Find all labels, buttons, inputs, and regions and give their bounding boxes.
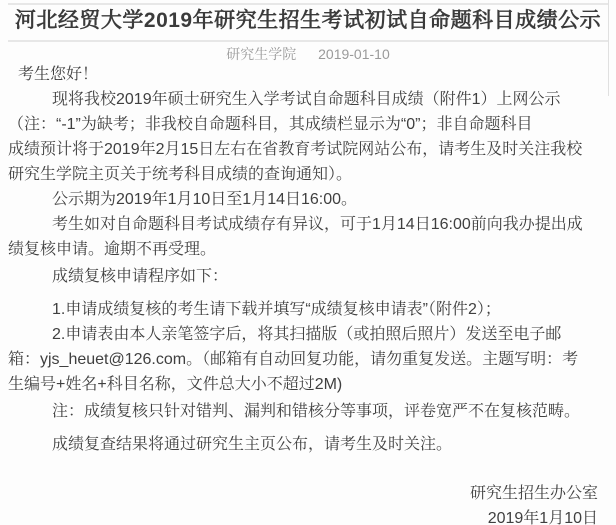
body-line: 生编号+姓名+科目名称，文件总大小不超过2M) — [8, 372, 610, 397]
salutation-line: 考生您好！ — [8, 62, 610, 87]
top-divider — [8, 3, 609, 5]
procedure-step-2: 2.申请表由本人亲笔签字后，将其扫描版（或拍照后照片）发送至电子邮 — [8, 322, 610, 347]
body-line: 研究生学院主页关于统考科目成绩的查询通知）。 — [8, 162, 610, 187]
body-line: 成绩预计将于2019年2月15日左右在省教育考试院网站公布，请考生及时关注我校 — [8, 137, 610, 162]
body-line: 成绩复核申请程序如下： — [8, 264, 610, 289]
right-edge-line — [608, 0, 609, 96]
body-line: 考生如对自命题科目考试成绩存有异议，可于1月14日16:00前向我办提出成 — [8, 212, 610, 237]
byline-source: 研究生学院 — [226, 46, 296, 62]
body-line: 现将我校2019年硕士研究生入学考试自命题科目成绩（附件1）上网公示 — [8, 87, 610, 112]
body-line: （注：“-1”为缺考；非我校自命题科目，其成绩栏显示为“0”；非自命题科目 — [8, 112, 610, 137]
body-line: 公示期为2019年1月10日至1月14日16:00。 — [8, 187, 610, 212]
announcement-page: 河北经贸大学2019年研究生招生考试初试自命题科目成绩公示 研究生学院 2019… — [0, 0, 616, 525]
note-line: 注：成绩复核只针对错判、漏判和错核分等事项，评卷宽严不在复核范畴。 — [8, 399, 610, 424]
body-line: 成绩复查结果将通过研究生主页公布，请考生及时关注。 — [8, 432, 610, 457]
email-line: 箱：yjs_heuet@126.com。（邮箱有自动回复功能，请勿重复发送。主题… — [8, 347, 610, 372]
byline: 研究生学院 2019-01-10 — [0, 46, 616, 62]
byline-date: 2019-01-10 — [318, 46, 390, 62]
procedure-step-1: 1.申请成绩复核的考生请下载并填写“成绩复核申请表”（附件2）； — [8, 297, 610, 322]
page-title: 河北经贸大学2019年研究生招生考试初试自命题科目成绩公示 — [0, 7, 616, 35]
signature-date: 2019年1月10日 — [0, 506, 598, 525]
signature-block: 研究生招生办公室 2019年1月10日 — [0, 481, 616, 525]
body-line: 绩复核申请。逾期不再受理。 — [8, 237, 610, 262]
title-divider — [8, 40, 609, 42]
signature-office: 研究生招生办公室 — [0, 481, 598, 506]
announcement-body: 考生您好！ 现将我校2019年硕士研究生入学考试自命题科目成绩（附件1）上网公示… — [0, 62, 616, 457]
